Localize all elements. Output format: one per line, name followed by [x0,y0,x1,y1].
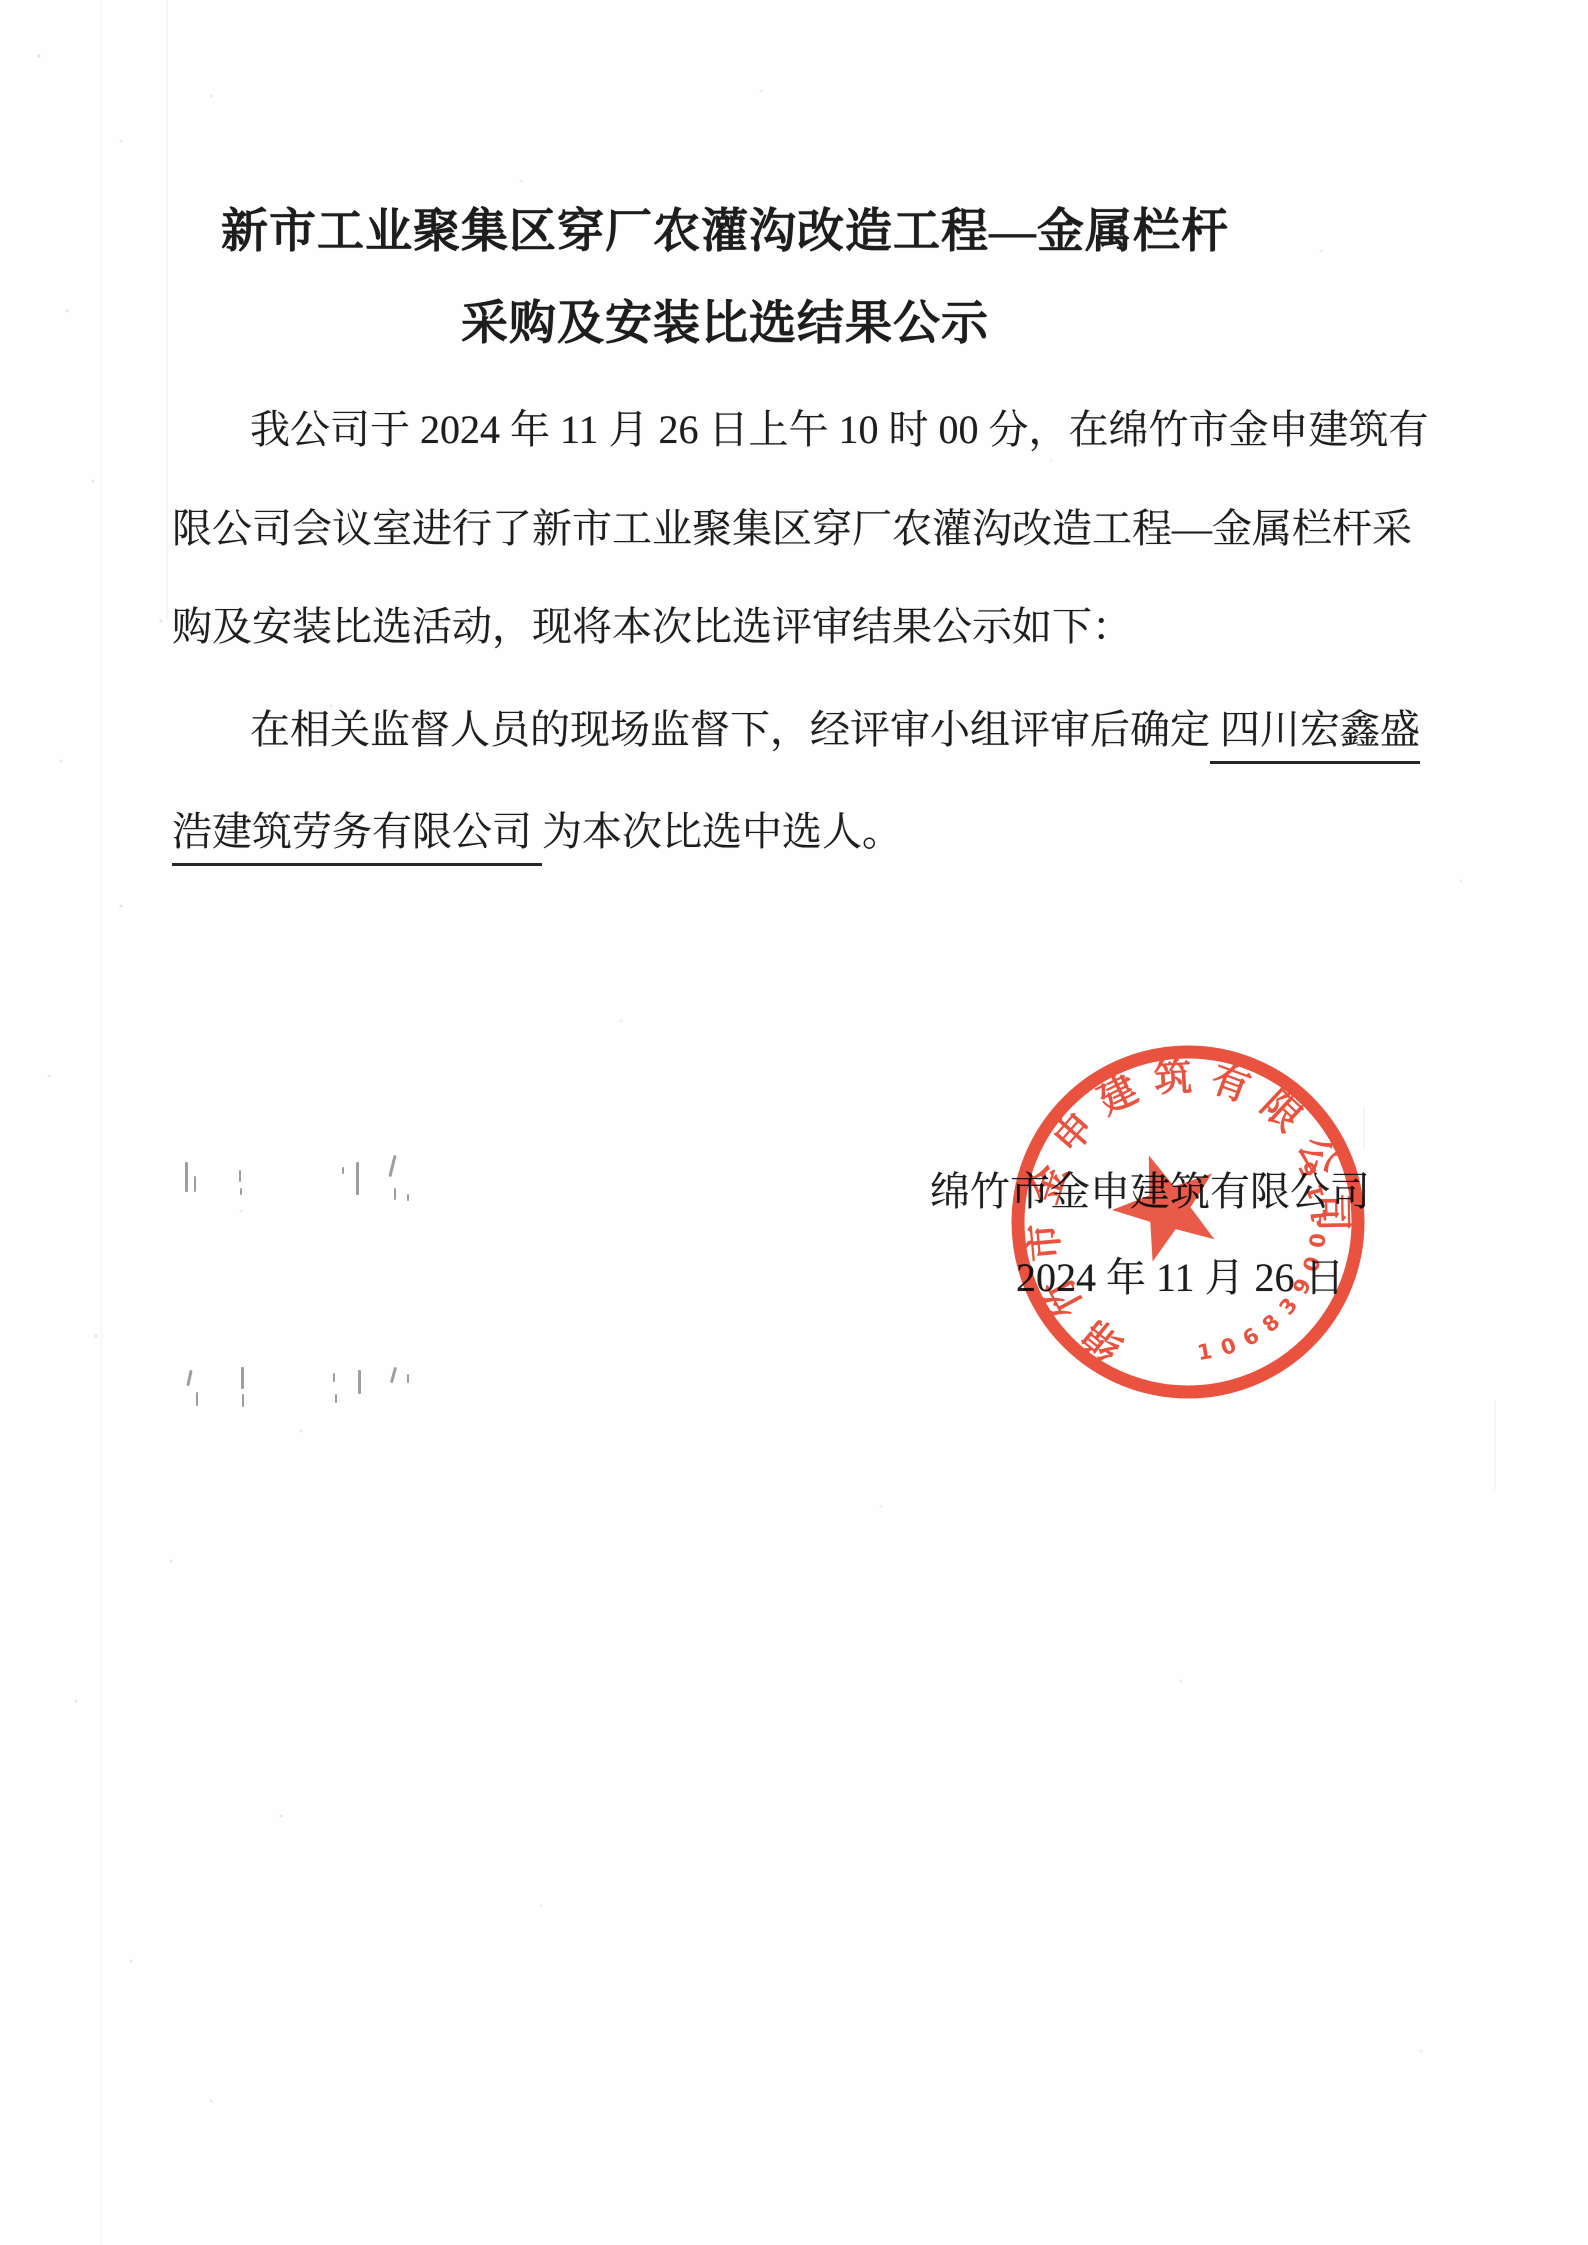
paragraph1-line2: 限公司会议室进行了新市工业聚集区穿厂农灌沟改造工程—金属栏杆采 [172,497,1412,554]
scan-artifact [394,1188,396,1200]
winner-name-part2-underlined: 浩建筑劳务有限公司 [172,809,542,866]
scan-artifact [358,1370,361,1394]
scan-artifact [407,1194,409,1201]
paragraph2-line1: 在相关监督人员的现场监督下，经评审小组评审后确定 四川宏鑫盛 [250,698,1420,755]
scan-artifact [239,1170,241,1182]
paragraph2-line2-text: 为本次比选中选人。 [542,809,902,854]
scan-artifact [390,1367,397,1383]
scan-artifact [407,1374,409,1383]
scan-artifact [241,1367,244,1389]
paragraph1-line1: 我公司于 2024 年 11 月 26 日上午 10 时 00 分，在绵竹市金申… [250,398,1429,455]
scan-artifact [388,1155,396,1177]
paragraph2-line2: 浩建筑劳务有限公司 为本次比选中选人。 [172,800,902,857]
scanned-document-page: 新市工业聚集区穿厂农灌沟改造工程—金属栏杆 采购及安装比选结果公示 我公司于 2… [0,0,1588,2245]
seal-star [1112,1155,1214,1261]
document-title-line1: 新市工业聚集区穿厂农灌沟改造工程—金属栏杆 [0,194,1450,261]
scan-artifact [186,1370,192,1386]
paragraph1-line3: 购及安装比选活动，现将本次比选评审结果公示如下： [172,595,1132,652]
scan-artifact [240,1188,242,1195]
scan-artifact [242,1394,244,1407]
seal-serial-number: 5106839001150 [958,992,1332,1365]
company-seal: 绵竹市金申建筑有限公司 5106839001150 [958,992,1418,1452]
scan-artifact [335,1394,337,1403]
company-seal-graphic: 绵竹市金申建筑有限公司 5106839001150 [958,992,1418,1452]
paragraph2-line1-text: 在相关监督人员的现场监督下，经评审小组评审后确定 [250,707,1210,752]
scan-artifact [196,1392,198,1406]
scan-speckles [0,0,2,2]
scan-artifact [333,1373,335,1382]
scan-streak [1494,1400,1496,1490]
scan-artifact [194,1176,196,1192]
document-title-line2: 采购及安装比选结果公示 [0,286,1450,353]
svg-text:5106839001150: 5106839001150 [958,992,1332,1365]
scan-artifact [185,1162,188,1192]
scan-artifact [356,1162,359,1195]
winner-name-part1-underlined: 四川宏鑫盛 [1210,707,1420,764]
scan-artifact [342,1167,344,1174]
